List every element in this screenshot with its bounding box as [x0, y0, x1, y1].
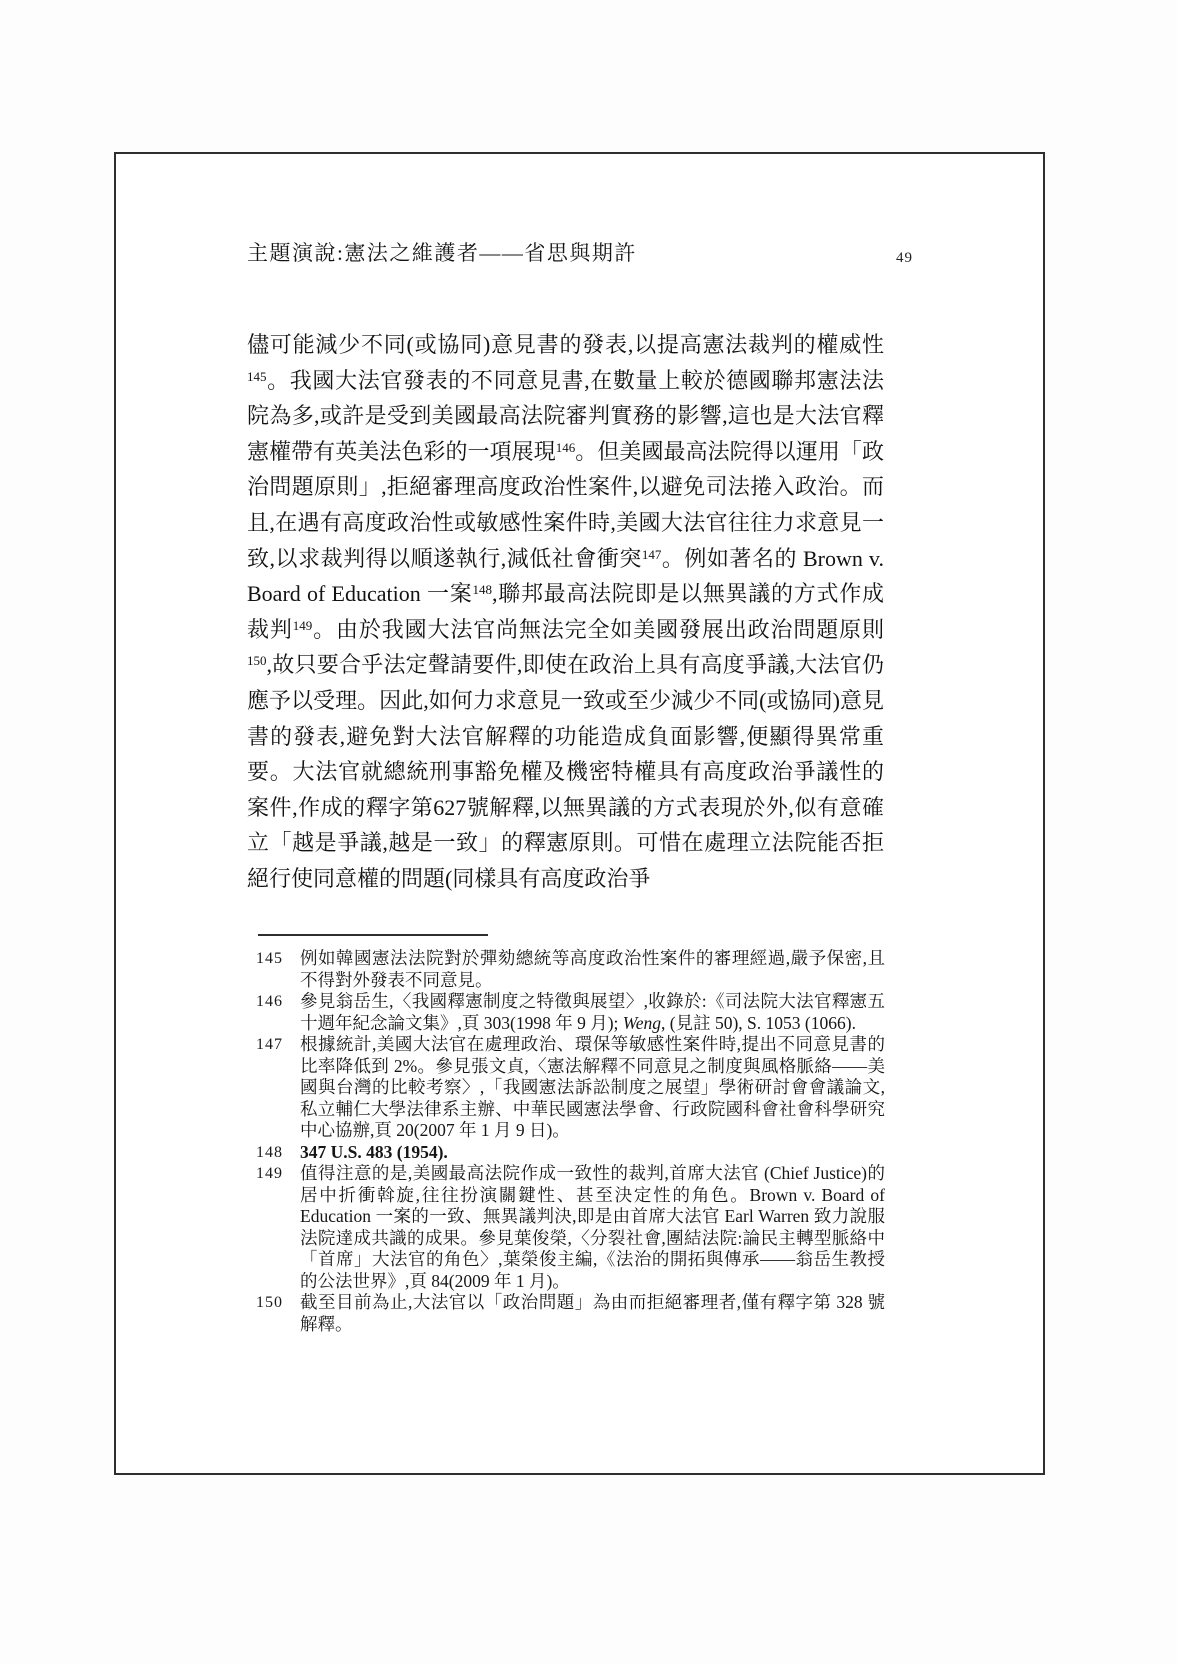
footnote-item: 150截至目前為止,大法官以「政治問題」為由而拒絕審理者,僅有釋字第 328 號…	[256, 1292, 885, 1335]
footnote-ref: 148	[472, 582, 492, 597]
footnote-item: 147根據統計,美國大法官在處理政治、環保等敏感性案件時,提出不同意見書的比率降…	[256, 1034, 885, 1142]
body-paragraph: 儘可能減少不同(或協同)意見書的發表,以提高憲法裁判的權威性145。我國大法官發…	[247, 327, 884, 897]
footnote-ref: 145	[247, 369, 267, 384]
footnote-number: 147	[256, 1034, 300, 1056]
footnote-item: 148347 U.S. 483 (1954).	[256, 1142, 885, 1164]
running-header-title: 主題演說:憲法之維護者——省思與期許	[247, 237, 637, 267]
footnote-ref: 149	[293, 618, 313, 633]
footnote-ref: 150	[247, 653, 267, 668]
footnote-text: 根據統計,美國大法官在處理政治、環保等敏感性案件時,提出不同意見書的比率降低到 …	[300, 1034, 885, 1142]
page-number: 49	[896, 250, 913, 267]
document-page: 主題演說:憲法之維護者——省思與期許 49 儘可能減少不同(或協同)意見書的發表…	[0, 0, 1177, 1664]
footnote-item: 145例如韓國憲法法院對於彈劾總統等高度政治性案件的審理經過,嚴予保密,且不得對…	[256, 948, 885, 991]
footnote-ref: 147	[642, 547, 662, 562]
footnote-number: 150	[256, 1292, 300, 1314]
footnote-text: 參見翁岳生,〈我國釋憲制度之特徵與展望〉,收錄於:《司法院大法官釋憲五十週年紀念…	[300, 991, 885, 1034]
footnote-number: 146	[256, 991, 300, 1013]
footnote-number: 145	[256, 948, 300, 970]
footnote-separator	[258, 934, 488, 936]
footnote-number: 149	[256, 1163, 300, 1185]
footnote-text: 例如韓國憲法法院對於彈劾總統等高度政治性案件的審理經過,嚴予保密,且不得對外發表…	[300, 948, 885, 991]
footnote-text: 截至目前為止,大法官以「政治問題」為由而拒絕審理者,僅有釋字第 328 號解釋。	[300, 1292, 885, 1335]
footnote-ref: 146	[556, 440, 576, 455]
footnote-text: 值得注意的是,美國最高法院作成一致性的裁判,首席大法官 (Chief Justi…	[300, 1163, 885, 1292]
footnote-number: 148	[256, 1142, 300, 1164]
footnote-text: 347 U.S. 483 (1954).	[300, 1142, 885, 1164]
footnotes-section: 145例如韓國憲法法院對於彈劾總統等高度政治性案件的審理經過,嚴予保密,且不得對…	[256, 948, 885, 1335]
footnote-item: 149值得注意的是,美國最高法院作成一致性的裁判,首席大法官 (Chief Ju…	[256, 1163, 885, 1292]
footnote-item: 146參見翁岳生,〈我國釋憲制度之特徵與展望〉,收錄於:《司法院大法官釋憲五十週…	[256, 991, 885, 1034]
